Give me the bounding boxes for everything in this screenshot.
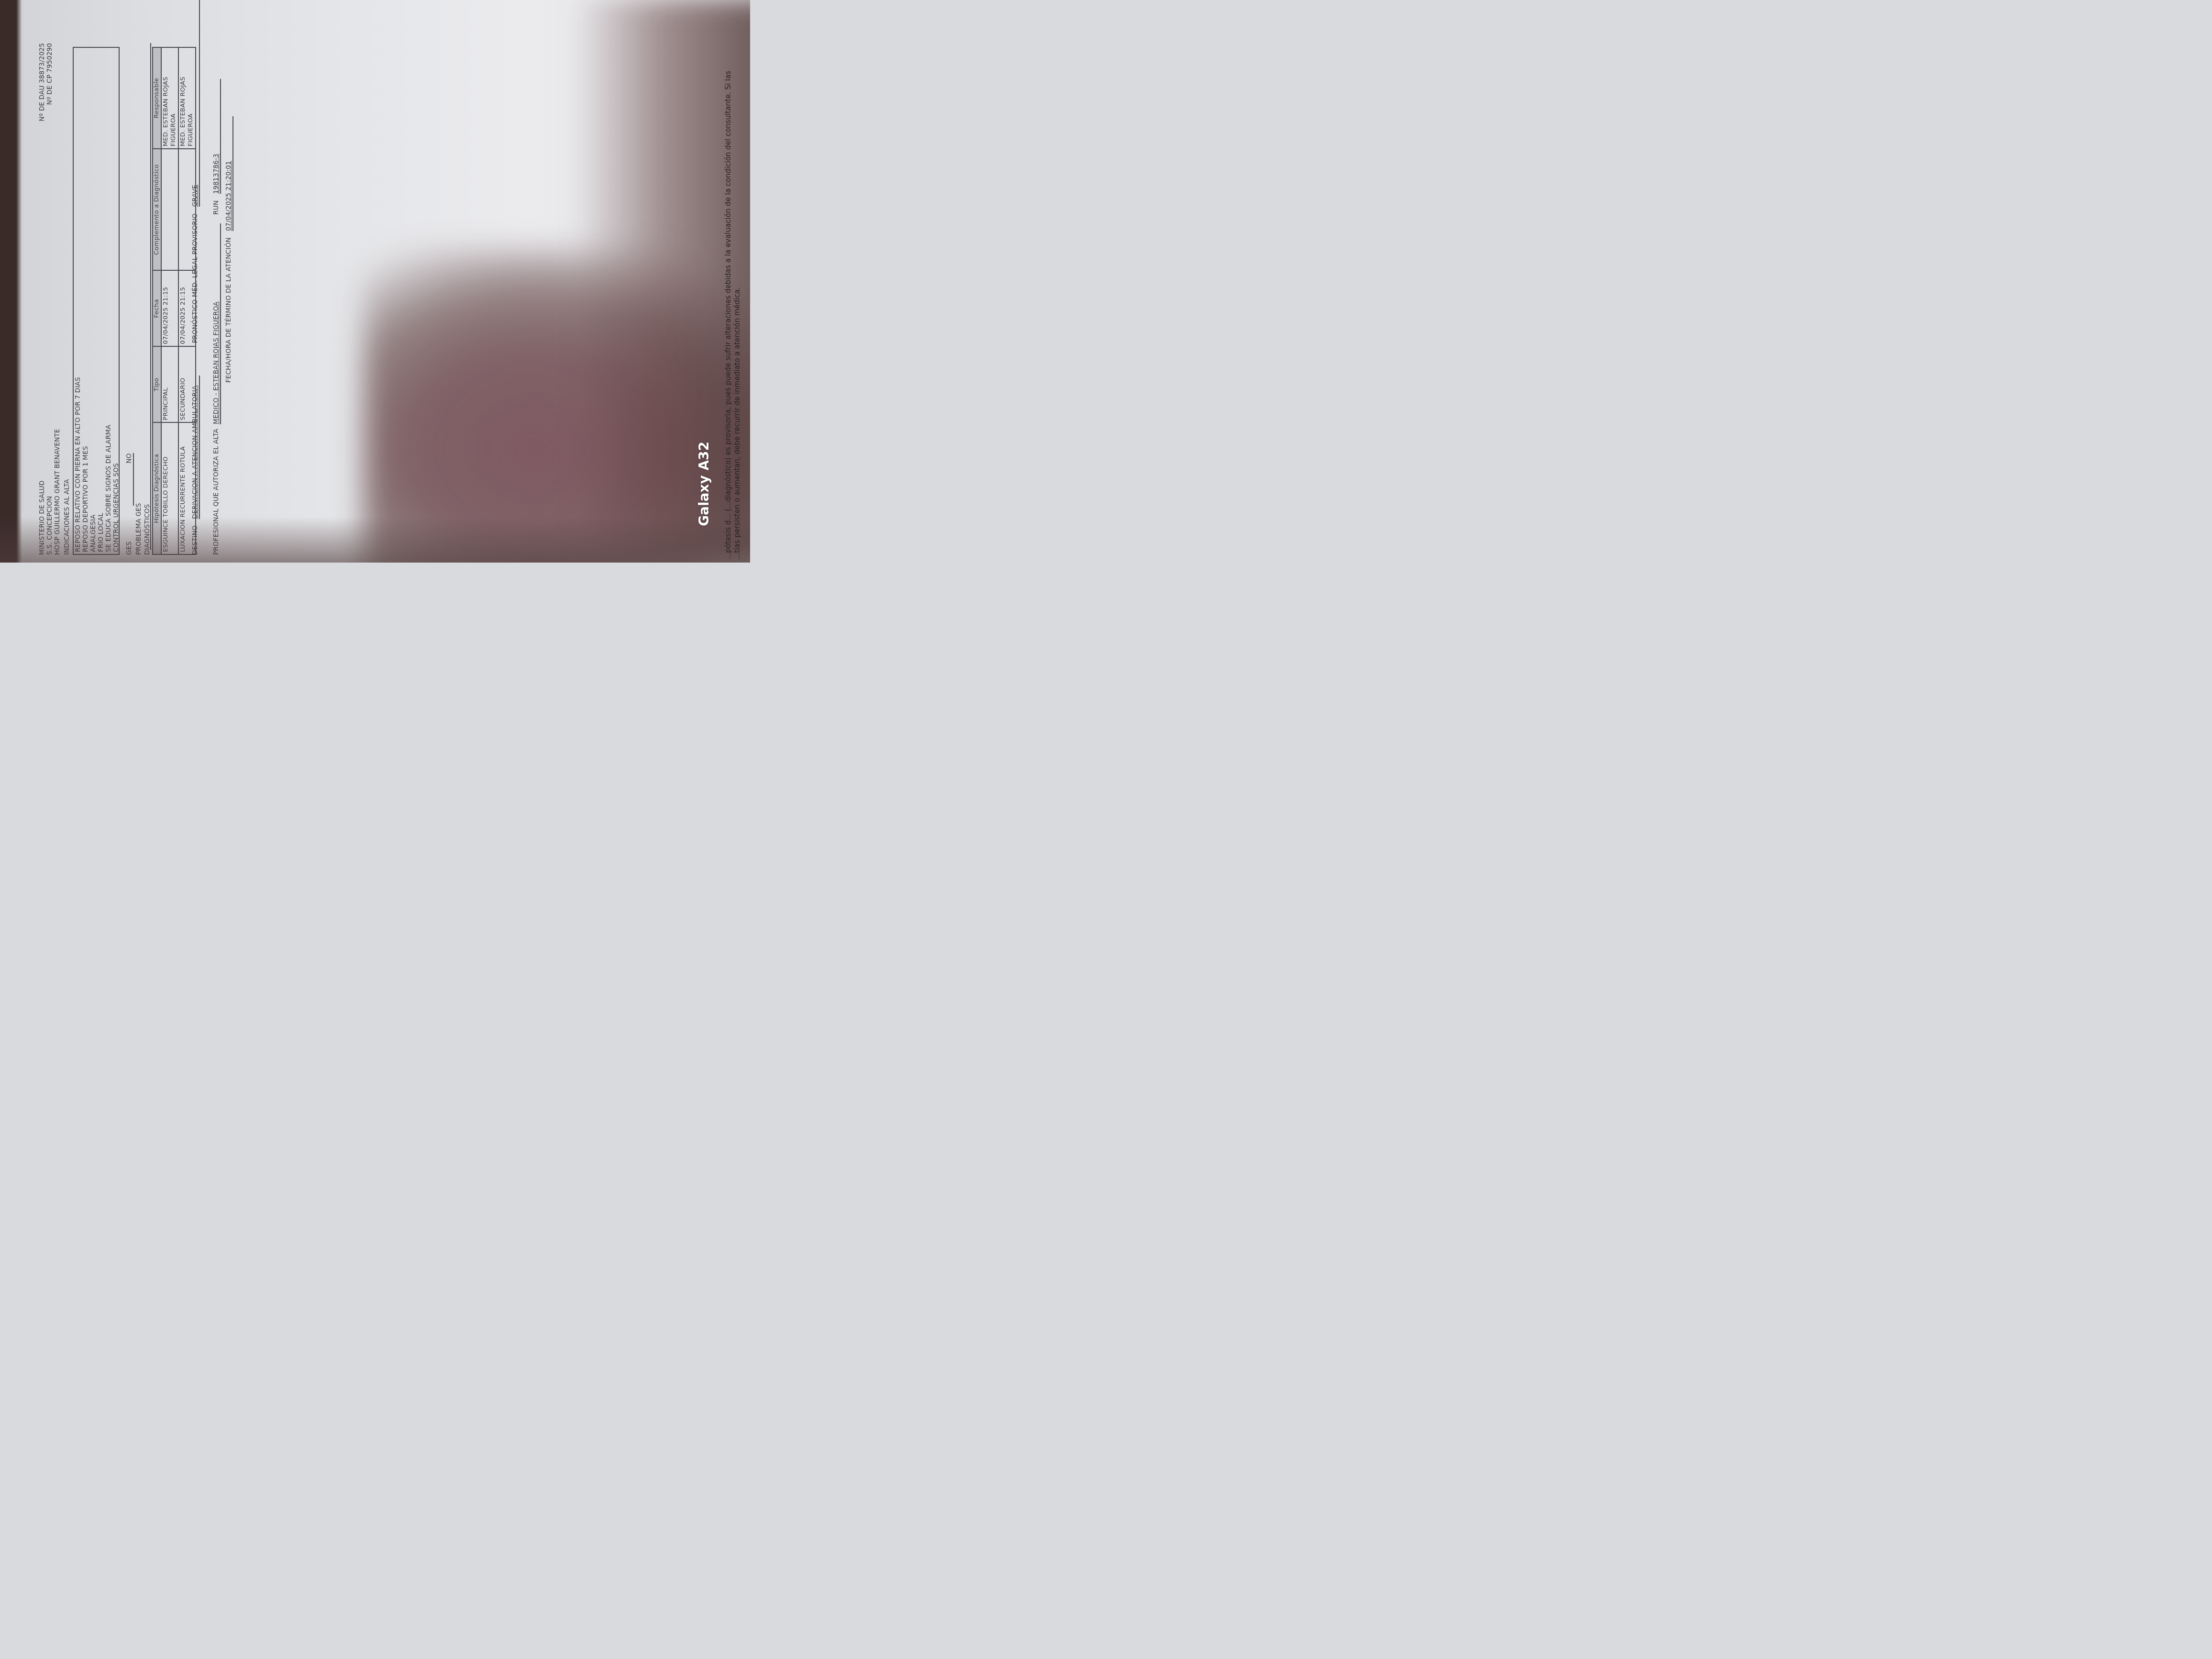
indicacion-item: FRIO LOCAL <box>97 50 105 552</box>
indicacion-item: REPOSO DEPORTIVO POR 1 MES <box>82 50 89 552</box>
profesional-value: MEDICO - ESTEBAN ROJAS FIGUEROA <box>212 223 221 424</box>
document-numbers: Nº DE DAU 38873/2025 Nº DE CP 7950290 <box>38 43 54 121</box>
fecha-termino-line: FECHA/HORA DE TÉRMINO DE LA ATENCIÓN 07/… <box>225 116 233 383</box>
indicaciones-box: REPOSO RELATIVO CON PIERNA EN ALTO POR 7… <box>73 47 120 555</box>
indicacion-item: REPOSO RELATIVO CON PIERNA EN ALTO POR 7… <box>74 50 82 552</box>
col-fecha: Fecha <box>153 270 161 346</box>
indicacion-item: SE EDUCA SOBRE SIGNOS DE ALARMA <box>105 50 112 552</box>
cell-responsable: MED. ESTEBAN ROJAS FIGUEROA <box>161 47 178 149</box>
diagnosis-table: Hipótesis Diagnóstica Tipo Fecha Complem… <box>152 47 196 555</box>
ges-value: NO <box>125 453 134 506</box>
cp-number: Nº DE CP 7950290 <box>46 43 54 121</box>
pronostico-value: GRAVE <box>191 0 200 207</box>
col-complemento: Complemento a Diagnóstico <box>153 149 161 270</box>
footer-line-1: ...pótesis d... (...diagnóstico) es prov… <box>724 71 733 560</box>
run-label: RUN <box>212 200 220 215</box>
destino-pronostico-line: DESTINO DERIVACION A ATENCION AMBULATORI… <box>191 0 200 555</box>
dau-number: Nº DE DAU 38873/2025 <box>38 43 46 121</box>
cell-complemento <box>161 149 178 270</box>
footer-line-2: ...tias persisten o aumentan, debe recur… <box>733 71 742 560</box>
profesional-line: PROFESIONAL QUE AUTORIZA EL ALTA MEDICO … <box>212 79 221 555</box>
cell-tipo: PRINCIPAL <box>161 346 178 422</box>
table-row: ESGUINCE TOBILLO DERECHO PRINCIPAL 07/04… <box>161 47 178 554</box>
destino-value: DERIVACION A ATENCION AMBULATORIA <box>191 376 200 519</box>
col-responsable: Responsable <box>153 47 161 149</box>
fecha-termino-value: 07/04/2025 21:20:01 <box>225 116 233 231</box>
camera-watermark: Galaxy A32 <box>696 442 712 526</box>
fecha-termino-label: FECHA/HORA DE TÉRMINO DE LA ATENCIÓN <box>225 237 232 383</box>
indicacion-item: CONTROL URGENCIAS SOS <box>112 50 120 552</box>
run-value: 19813786-3 <box>212 79 221 194</box>
col-tipo: Tipo <box>153 346 161 422</box>
cell-fecha: 07/04/2025 21:15 <box>161 270 178 346</box>
pronostico-label: PRONÓSTICO MÉD. LEGAL PROVISORIO <box>191 213 199 343</box>
indicacion-item: ANALGESIA <box>89 50 97 552</box>
photo-background: MINISTERIO DE SALUD S.S. CONCEPCION HOSP… <box>0 0 750 563</box>
discharge-document: MINISTERIO DE SALUD S.S. CONCEPCION HOSP… <box>29 29 268 555</box>
footer-disclaimer: ...pótesis d... (...diagnóstico) es prov… <box>724 71 742 560</box>
table-header-row: Hipótesis Diagnóstica Tipo Fecha Complem… <box>153 47 161 554</box>
bottom-shadow <box>0 517 750 563</box>
